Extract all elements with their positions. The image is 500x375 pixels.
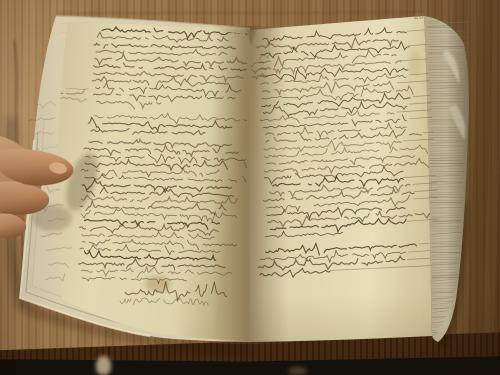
photo-of-open-manuscript: 20 <box>0 0 500 375</box>
foxing-mark <box>409 50 421 78</box>
book-cast-shadow-top <box>56 11 424 14</box>
book-scene: 20 <box>0 0 500 375</box>
page-number: 20 <box>413 11 425 21</box>
